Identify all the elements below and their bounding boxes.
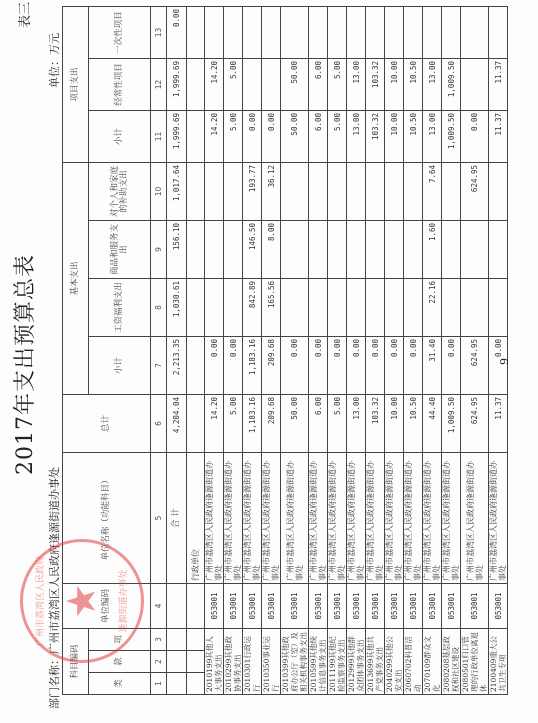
lei-header: 类 [89,673,151,695]
unit-name-header: 单位名称（功能科目） [63,452,151,583]
table-row: 2010301行政运行053001广州市荔湾区人民政府逢源街道办事处1,183.… [243,6,262,694]
project-subtotal-header: 小计 [89,110,151,162]
personal-family-cell [281,162,309,220]
total-row: 合 计 4,204.04 2,213.35 1,030.61 156.10 1,… [167,6,187,694]
total-row-total: 4,204.04 [167,394,187,452]
unit-name-cell: 广州市荔湾区人民政府逢源街道办事处 [224,452,243,583]
one-time-cell [224,6,243,58]
total-cell: 209.68 [262,394,281,452]
total-cell: 11.37 [489,394,508,452]
one-time-cell [309,6,328,58]
one-time-cell [328,6,347,58]
unit-name-cell: 广州市荔湾区人民政府逢源街道办事处 [404,452,423,583]
category-row-label: 行政单位 [187,452,205,583]
recurring-header: 经常性项目 [89,58,151,110]
project-subtotal-cell: 50.00 [281,110,309,162]
goods-services-cell [442,220,461,278]
total-cell: 13.00 [347,394,366,452]
table-row: 2012999其他群众团体事务支出053001广州市荔湾区人民政府逢源街道办事处… [347,6,366,694]
basic-subtotal-header: 小计 [89,336,151,394]
subject-code-cell: 2060702科普活动 [404,628,423,694]
column-number: 5 [151,452,167,583]
unit-code-cell: 053001 [309,583,328,628]
basic-subtotal-cell: 0.00 [442,336,461,394]
project-subtotal-cell: 6.00 [309,110,328,162]
subject-code-cell: 2010399其他政府办公厅（室）及相关机构事务支出 [281,628,309,694]
unit-name-cell: 广州市荔湾区人民政府逢源街道办事处 [385,452,404,583]
subject-code-cell: 2080208基层政权和社区建设 [442,628,461,694]
unit-code-cell: 053001 [442,583,461,628]
subject-code-cell: 2010299其他政协事务支出 [224,628,243,694]
project-subtotal-cell: 5.00 [328,110,347,162]
page-title: 2017年支出预算总表 [8,254,39,475]
basic-subtotal-cell: 0.00 [328,336,347,394]
rotated-page: 表三 2017年支出预算总表 部门名称：广州市荔湾区人民政府逢源街道办事处 单位… [0,0,538,723]
one-time-cell [262,6,281,58]
total-cell: 624.95 [461,394,489,452]
salary-welfare-cell [442,278,461,336]
subject-code-cell: 2011199其他纪检监察事务支出 [328,628,347,694]
unit-code-header: 单位编码 [63,583,151,628]
project-subtotal-cell: 0.00 [461,110,489,162]
personal-family-cell [489,162,508,220]
department-line: 部门名称：广州市荔湾区人民政府逢源街道办事处 [46,467,62,709]
project-subtotal-cell: 10.00 [385,110,404,162]
goods-services-cell [489,220,508,278]
kuan-header: 款 [89,651,151,673]
column-number: 1 [151,673,167,695]
unit-code-cell: 053001 [347,583,366,628]
table-row: 2010399其他政府办公厅（室）及相关机构事务支出053001广州市荔湾区人民… [281,6,309,694]
table-row: 2080501归口管理的行政单位离退休053001广州市荔湾区人民政府逢源街道办… [461,6,489,694]
salary-welfare-cell [366,278,385,336]
subject-code-header: 科目编码 [63,628,89,694]
unit-name-cell: 广州市荔湾区人民政府逢源街道办事处 [281,452,309,583]
table-row: 2060702科普活动053001广州市荔湾区人民政府逢源街道办事处10.500… [404,6,423,694]
total-cell: 6.00 [309,394,328,452]
column-number: 10 [151,162,167,220]
column-number: 8 [151,278,167,336]
column-number: 4 [151,583,167,628]
project-subtotal-cell: 11.37 [489,110,508,162]
personal-family-cell: 7.64 [423,162,442,220]
unit-name-cell: 广州市荔湾区人民政府逢源街道办事处 [461,452,489,583]
unit-code-cell: 053001 [461,583,489,628]
unit-code-cell: 053001 [404,583,423,628]
unit-code-cell: 053001 [489,583,508,628]
total-cell: 1,009.50 [442,394,461,452]
recurring-cell: 10.00 [385,58,404,110]
personal-family-cell [385,162,404,220]
xiang-header: 项 [89,628,151,650]
unit-code-cell: 053001 [385,583,404,628]
column-number: 3 [151,628,167,650]
personal-family-header: 对个人和家庭的补助支出 [89,162,151,220]
total-cell: 10.50 [404,394,423,452]
table-row: 2100409重大公共卫生专项053001广州市荔湾区人民政府逢源街道办事处11… [489,6,508,694]
recurring-cell: 103.32 [366,58,385,110]
recurring-cell: 6.00 [309,58,328,110]
personal-family-cell [205,162,224,220]
personal-family-cell: 36.12 [262,162,281,220]
unit-code-cell: 053001 [366,583,385,628]
salary-welfare-cell: 165.56 [262,278,281,336]
subject-code-cell: 2010199其他人大事务支出 [205,628,224,694]
goods-services-cell: 146.50 [243,220,262,278]
total-header: 总计 [63,394,151,452]
unit-name-cell: 广州市荔湾区人民政府逢源街道办事处 [262,452,281,583]
goods-services-cell: 8.00 [262,220,281,278]
recurring-cell [262,58,281,110]
one-time-cell [404,6,423,58]
recurring-cell: 13.00 [347,58,366,110]
unit-name-cell: 广州市荔湾区人民政府逢源街道办事处 [489,452,508,583]
unit-name-cell: 广州市荔湾区人民政府逢源街道办事处 [328,452,347,583]
one-time-cell [385,6,404,58]
project-subtotal-cell: 0.00 [262,110,281,162]
personal-family-cell [224,162,243,220]
unit-name-cell: 广州市荔湾区人民政府逢源街道办事处 [366,452,385,583]
recurring-cell: 1,009.50 [442,58,461,110]
unit-name-cell: 广州市荔湾区人民政府逢源街道办事处 [205,452,224,583]
one-time-cell [281,6,309,58]
salary-welfare-cell [205,278,224,336]
total-cell: 50.00 [281,394,309,452]
salary-welfare-cell [328,278,347,336]
unit-code-cell: 053001 [224,583,243,628]
recurring-cell: 50.00 [281,58,309,110]
project-expenditure-header: 项目支出 [63,6,89,162]
one-time-cell [347,6,366,58]
table-row: 2010199其他人大事务支出053001广州市荔湾区人民政府逢源街道办事处14… [205,6,224,694]
column-number: 12 [151,58,167,110]
unit-name-cell: 广州市荔湾区人民政府逢源街道办事处 [347,452,366,583]
goods-services-cell [366,220,385,278]
one-time-cell [366,6,385,58]
salary-welfare-cell [385,278,404,336]
one-time-header: 一次性项目 [89,6,151,58]
column-number: 9 [151,220,167,278]
one-time-cell [423,6,442,58]
salary-welfare-cell [281,278,309,336]
department-label: 部门名称： [48,654,61,709]
recurring-cell: 11.37 [489,58,508,110]
goods-services-cell [328,220,347,278]
total-cell: 14.20 [205,394,224,452]
page-number: 9 [498,358,511,365]
project-subtotal-cell: 0.00 [243,110,262,162]
basic-subtotal-cell: 0.00 [489,336,508,394]
basic-subtotal-cell: 0.00 [404,336,423,394]
goods-services-cell [309,220,328,278]
basic-subtotal-cell: 0.00 [385,336,404,394]
recurring-cell: 5.00 [224,58,243,110]
total-cell: 10.00 [385,394,404,452]
total-row-one-time: 0.00 [167,6,187,58]
category-row: 行政单位 [187,6,205,694]
total-row-project-subtotal: 1,999.69 [167,110,187,162]
one-time-cell [489,6,508,58]
column-number: 13 [151,6,167,58]
project-subtotal-cell: 13.00 [347,110,366,162]
column-number: 7 [151,336,167,394]
basic-subtotal-cell: 0.00 [366,336,385,394]
project-subtotal-cell: 5.00 [224,110,243,162]
one-time-cell [243,6,262,58]
goods-services-cell [205,220,224,278]
unit-code-cell: 053001 [328,583,347,628]
table-row: 2011199其他纪检监察事务支出053001广州市荔湾区人民政府逢源街道办事处… [328,6,347,694]
goods-services-cell [404,220,423,278]
total-cell: 44.40 [423,394,442,452]
table-row: 2040299其他公安支出053001广州市荔湾区人民政府逢源街道办事处10.0… [385,6,404,694]
total-row-personal-family: 1,017.64 [167,162,187,220]
personal-family-cell [442,162,461,220]
unit-name-cell: 广州市荔湾区人民政府逢源街道办事处 [423,452,442,583]
recurring-cell: 14.20 [205,58,224,110]
sheet-tag: 表三 [14,2,33,28]
unit-label: 单位：万元 [46,33,62,88]
goods-services-cell [461,220,489,278]
salary-welfare-cell: 22.16 [423,278,442,336]
total-cell: 1,183.16 [243,394,262,452]
seal-ring-text: 广州市荔湾区人民政府 [33,542,46,660]
basic-subtotal-cell: 0.00 [224,336,243,394]
recurring-cell: 13.00 [423,58,442,110]
one-time-cell [205,6,224,58]
personal-family-cell [404,162,423,220]
basic-subtotal-cell: 209.68 [262,336,281,394]
project-subtotal-cell: 13.00 [423,110,442,162]
recurring-cell [461,58,489,110]
table-row: 2010350事业运行053001广州市荔湾区人民政府逢源街道办事处209.68… [262,6,281,694]
total-row-label: 合 计 [167,452,187,583]
total-row-salary-welfare: 1,030.61 [167,278,187,336]
one-time-cell [442,6,461,58]
personal-family-cell [309,162,328,220]
recurring-cell: 5.00 [328,58,347,110]
total-cell: 5.00 [328,394,347,452]
total-row-basic-subtotal: 2,213.35 [167,336,187,394]
goods-services-cell [347,220,366,278]
total-row-goods-services: 156.10 [167,220,187,278]
basic-subtotal-cell: 1,183.16 [243,336,262,394]
subject-code-cell: 2013699其他共产党事务支出 [366,628,385,694]
department-name: 广州市荔湾区人民政府逢源街道办事处 [48,467,61,654]
unit-code-cell: 053001 [423,583,442,628]
salary-welfare-cell [461,278,489,336]
subject-code-cell: 2070109群众文化 [423,628,442,694]
goods-services-cell: 1.60 [423,220,442,278]
one-time-cell [461,6,489,58]
subject-code-cell: 2012999其他群众团体事务支出 [347,628,366,694]
table-row: 2080208基层政权和社区建设053001广州市荔湾区人民政府逢源街道办事处1… [442,6,461,694]
unit-name-cell: 广州市荔湾区人民政府逢源街道办事处 [442,452,461,583]
subject-code-cell: 2040299其他公安支出 [385,628,404,694]
budget-table: 科目编码 单位编码 单位名称（功能科目） 总计 基本支出 项目支出 类 款 项 … [62,6,508,695]
project-subtotal-cell: 103.32 [366,110,385,162]
table-row: 2013699其他共产党事务支出053001广州市荔湾区人民政府逢源街道办事处1… [366,6,385,694]
subject-code-cell: 2100409重大公共卫生专项 [489,628,508,694]
recurring-cell [243,58,262,110]
unit-code-cell: 053001 [205,583,224,628]
project-subtotal-cell: 14.20 [205,110,224,162]
column-number-row: 12345678910111213 [151,6,167,694]
salary-welfare-cell [404,278,423,336]
subject-code-cell: 2010599其他统计信息事务支出 [309,628,328,694]
table-row: 2010299其他政协事务支出053001广州市荔湾区人民政府逢源街道办事处5.… [224,6,243,694]
column-number: 11 [151,110,167,162]
salary-welfare-cell [489,278,508,336]
subject-code-cell: 2080501归口管理的行政单位离退休 [461,628,489,694]
basic-subtotal-cell: 31.40 [423,336,442,394]
goods-services-header: 商品和服务支出 [89,220,151,278]
salary-welfare-cell: 842.89 [243,278,262,336]
personal-family-cell: 193.77 [243,162,262,220]
table-row: 2070109群众文化053001广州市荔湾区人民政府逢源街道办事处44.403… [423,6,442,694]
total-cell: 5.00 [224,394,243,452]
basic-subtotal-cell: 0.00 [309,336,328,394]
basic-subtotal-cell: 0.00 [281,336,309,394]
basic-expenditure-header: 基本支出 [63,162,89,394]
recurring-cell: 10.50 [404,58,423,110]
table-row: 2010599其他统计信息事务支出053001广州市荔湾区人民政府逢源街道办事处… [309,6,328,694]
goods-services-cell [281,220,309,278]
salary-welfare-header: 工资福利支出 [89,278,151,336]
unit-code-cell: 053001 [281,583,309,628]
basic-subtotal-cell: 0.00 [205,336,224,394]
project-subtotal-cell: 10.50 [404,110,423,162]
basic-subtotal-cell: 624.95 [461,336,489,394]
personal-family-cell [328,162,347,220]
subject-code-cell: 2010350事业运行 [262,628,281,694]
column-number: 2 [151,651,167,673]
goods-services-cell [385,220,404,278]
personal-family-cell [366,162,385,220]
goods-services-cell [224,220,243,278]
salary-welfare-cell [309,278,328,336]
unit-name-cell: 广州市荔湾区人民政府逢源街道办事处 [243,452,262,583]
total-row-recurring: 1,999.69 [167,58,187,110]
unit-name-cell: 广州市荔湾区人民政府逢源街道办事处 [309,452,328,583]
personal-family-cell: 624.95 [461,162,489,220]
salary-welfare-cell [347,278,366,336]
salary-welfare-cell [224,278,243,336]
total-cell: 103.32 [366,394,385,452]
basic-subtotal-cell: 0.00 [347,336,366,394]
column-number: 6 [151,394,167,452]
subject-code-cell: 2010301行政运行 [243,628,262,694]
unit-code-cell: 053001 [243,583,262,628]
personal-family-cell [347,162,366,220]
project-subtotal-cell: 1,009.50 [442,110,461,162]
unit-code-cell: 053001 [262,583,281,628]
